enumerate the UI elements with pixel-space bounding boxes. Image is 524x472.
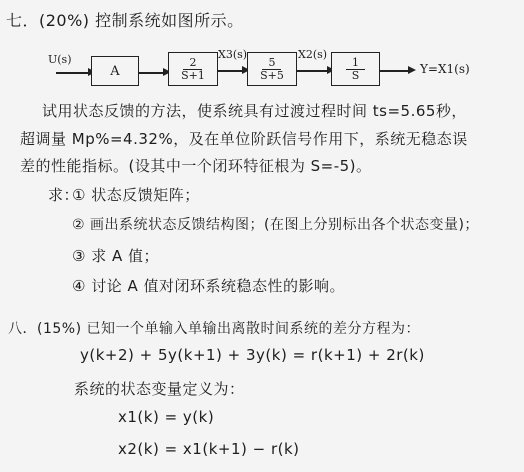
question-item-4: ④ 讨论 A 值对闭环系统稳态性的影响。	[72, 275, 345, 296]
question-item-2: ② 画出系统状态反馈结构图；(在图上分别标出各个状态变量)；	[72, 214, 479, 234]
problem-8-title: 八．(15%) 已知一个单输入单输出离散时间系统的差分方程为：	[8, 318, 420, 338]
input-signal-label: U(s)	[48, 53, 72, 66]
problem-7-text-line-3: 差的性能指标。(设其中一个闭环特征根为 S=-5)。	[20, 155, 372, 176]
block-5-over-s-plus-5: 5S+5	[247, 52, 297, 86]
problem-7-title: 七．(20%) 控制系统如图所示。	[6, 8, 244, 31]
state-definition-label: 系统的状态变量定义为：	[74, 378, 245, 399]
state-equation-1: x1(k) = y(k)	[118, 408, 214, 426]
signal-x3-label: X3(s)	[218, 48, 247, 61]
block-gain-a: A	[91, 56, 139, 86]
difference-equation: y(k+2) + 5y(k+1) + 3y(k) = r(k+1) + 2r(k…	[80, 346, 425, 364]
state-equation-2: x2(k) = x1(k+1) − r(k)	[118, 440, 300, 458]
signal-x2-label: X2(s)	[298, 48, 327, 61]
problem-7-text-line-2: 超调量 Mp%=4.32%，及在单位阶跃信号作用下，系统无稳态误	[20, 128, 468, 149]
question-item-3: ③ 求 A 值；	[72, 245, 159, 266]
block-integrator: 1S	[331, 52, 380, 86]
output-signal-label: Y=X1(s)	[420, 62, 470, 76]
question-item-1: ① 状态反馈矩阵；	[72, 184, 200, 205]
problem-7-text-line-1: 试用状态反馈的方法，使系统具有过渡过程时间 ts=5.65秒，	[42, 100, 467, 121]
block-2-over-s-plus-1: 2S+1	[168, 52, 218, 86]
